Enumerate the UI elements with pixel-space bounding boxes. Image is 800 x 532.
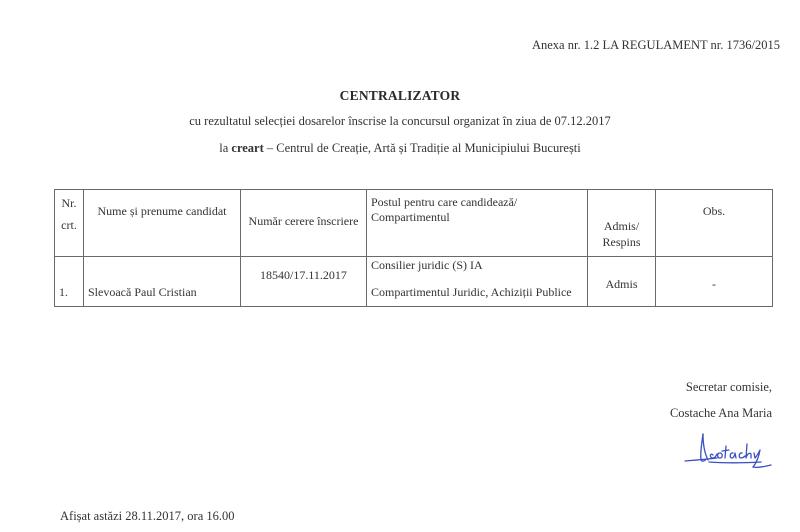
document-title: CENTRALIZATOR xyxy=(0,88,800,104)
signatory-role: Secretar comisie, xyxy=(686,380,772,395)
results-table: Nr.crt. Nume și prenume candidat Număr c… xyxy=(54,189,773,307)
posted-date: Afișat astăzi 28.11.2017, ora 16.00 xyxy=(60,509,235,524)
header-candidate-name: Nume și prenume candidat xyxy=(84,190,241,257)
organization-name: – Centrul de Creație, Artă și Tradiție a… xyxy=(264,141,581,155)
header-admitted-rejected: Admis/Respins xyxy=(588,190,656,257)
cell-candidate-name: Slevoacă Paul Cristian xyxy=(84,257,241,307)
signature-icon xyxy=(683,432,773,470)
cell-observations: - xyxy=(656,257,773,307)
position-title: Consilier juridic (S) IA xyxy=(371,258,483,272)
signatory-name: Costache Ana Maria xyxy=(670,406,772,421)
header-observations: Obs. xyxy=(656,190,773,257)
cell-request-number: 18540/17.11.2017 xyxy=(241,257,367,307)
header-nr-crt: Nr.crt. xyxy=(55,190,84,257)
cell-result: Admis xyxy=(588,257,656,307)
cell-position: Consilier juridic (S) IACompartimentul J… xyxy=(367,257,588,307)
annex-reference: Anexa nr. 1.2 LA REGULAMENT nr. 1736/201… xyxy=(532,38,780,53)
header-request-number: Număr cerere înscriere xyxy=(241,190,367,257)
document-subtitle: cu rezultatul selecției dosarelor înscri… xyxy=(0,114,800,129)
table-row: 1. Slevoacă Paul Cristian 18540/17.11.20… xyxy=(55,257,773,307)
organization-prefix: la xyxy=(219,141,231,155)
table-header-row: Nr.crt. Nume și prenume candidat Număr c… xyxy=(55,190,773,257)
header-position: Postul pentru care candidează/Compartime… xyxy=(367,190,588,257)
organization-line: la creart – Centrul de Creație, Artă și … xyxy=(0,141,800,156)
department-name: Compartimentul Juridic, Achiziții Public… xyxy=(371,285,587,300)
organization-brand: creart xyxy=(231,141,263,155)
cell-nr: 1. xyxy=(55,257,84,307)
